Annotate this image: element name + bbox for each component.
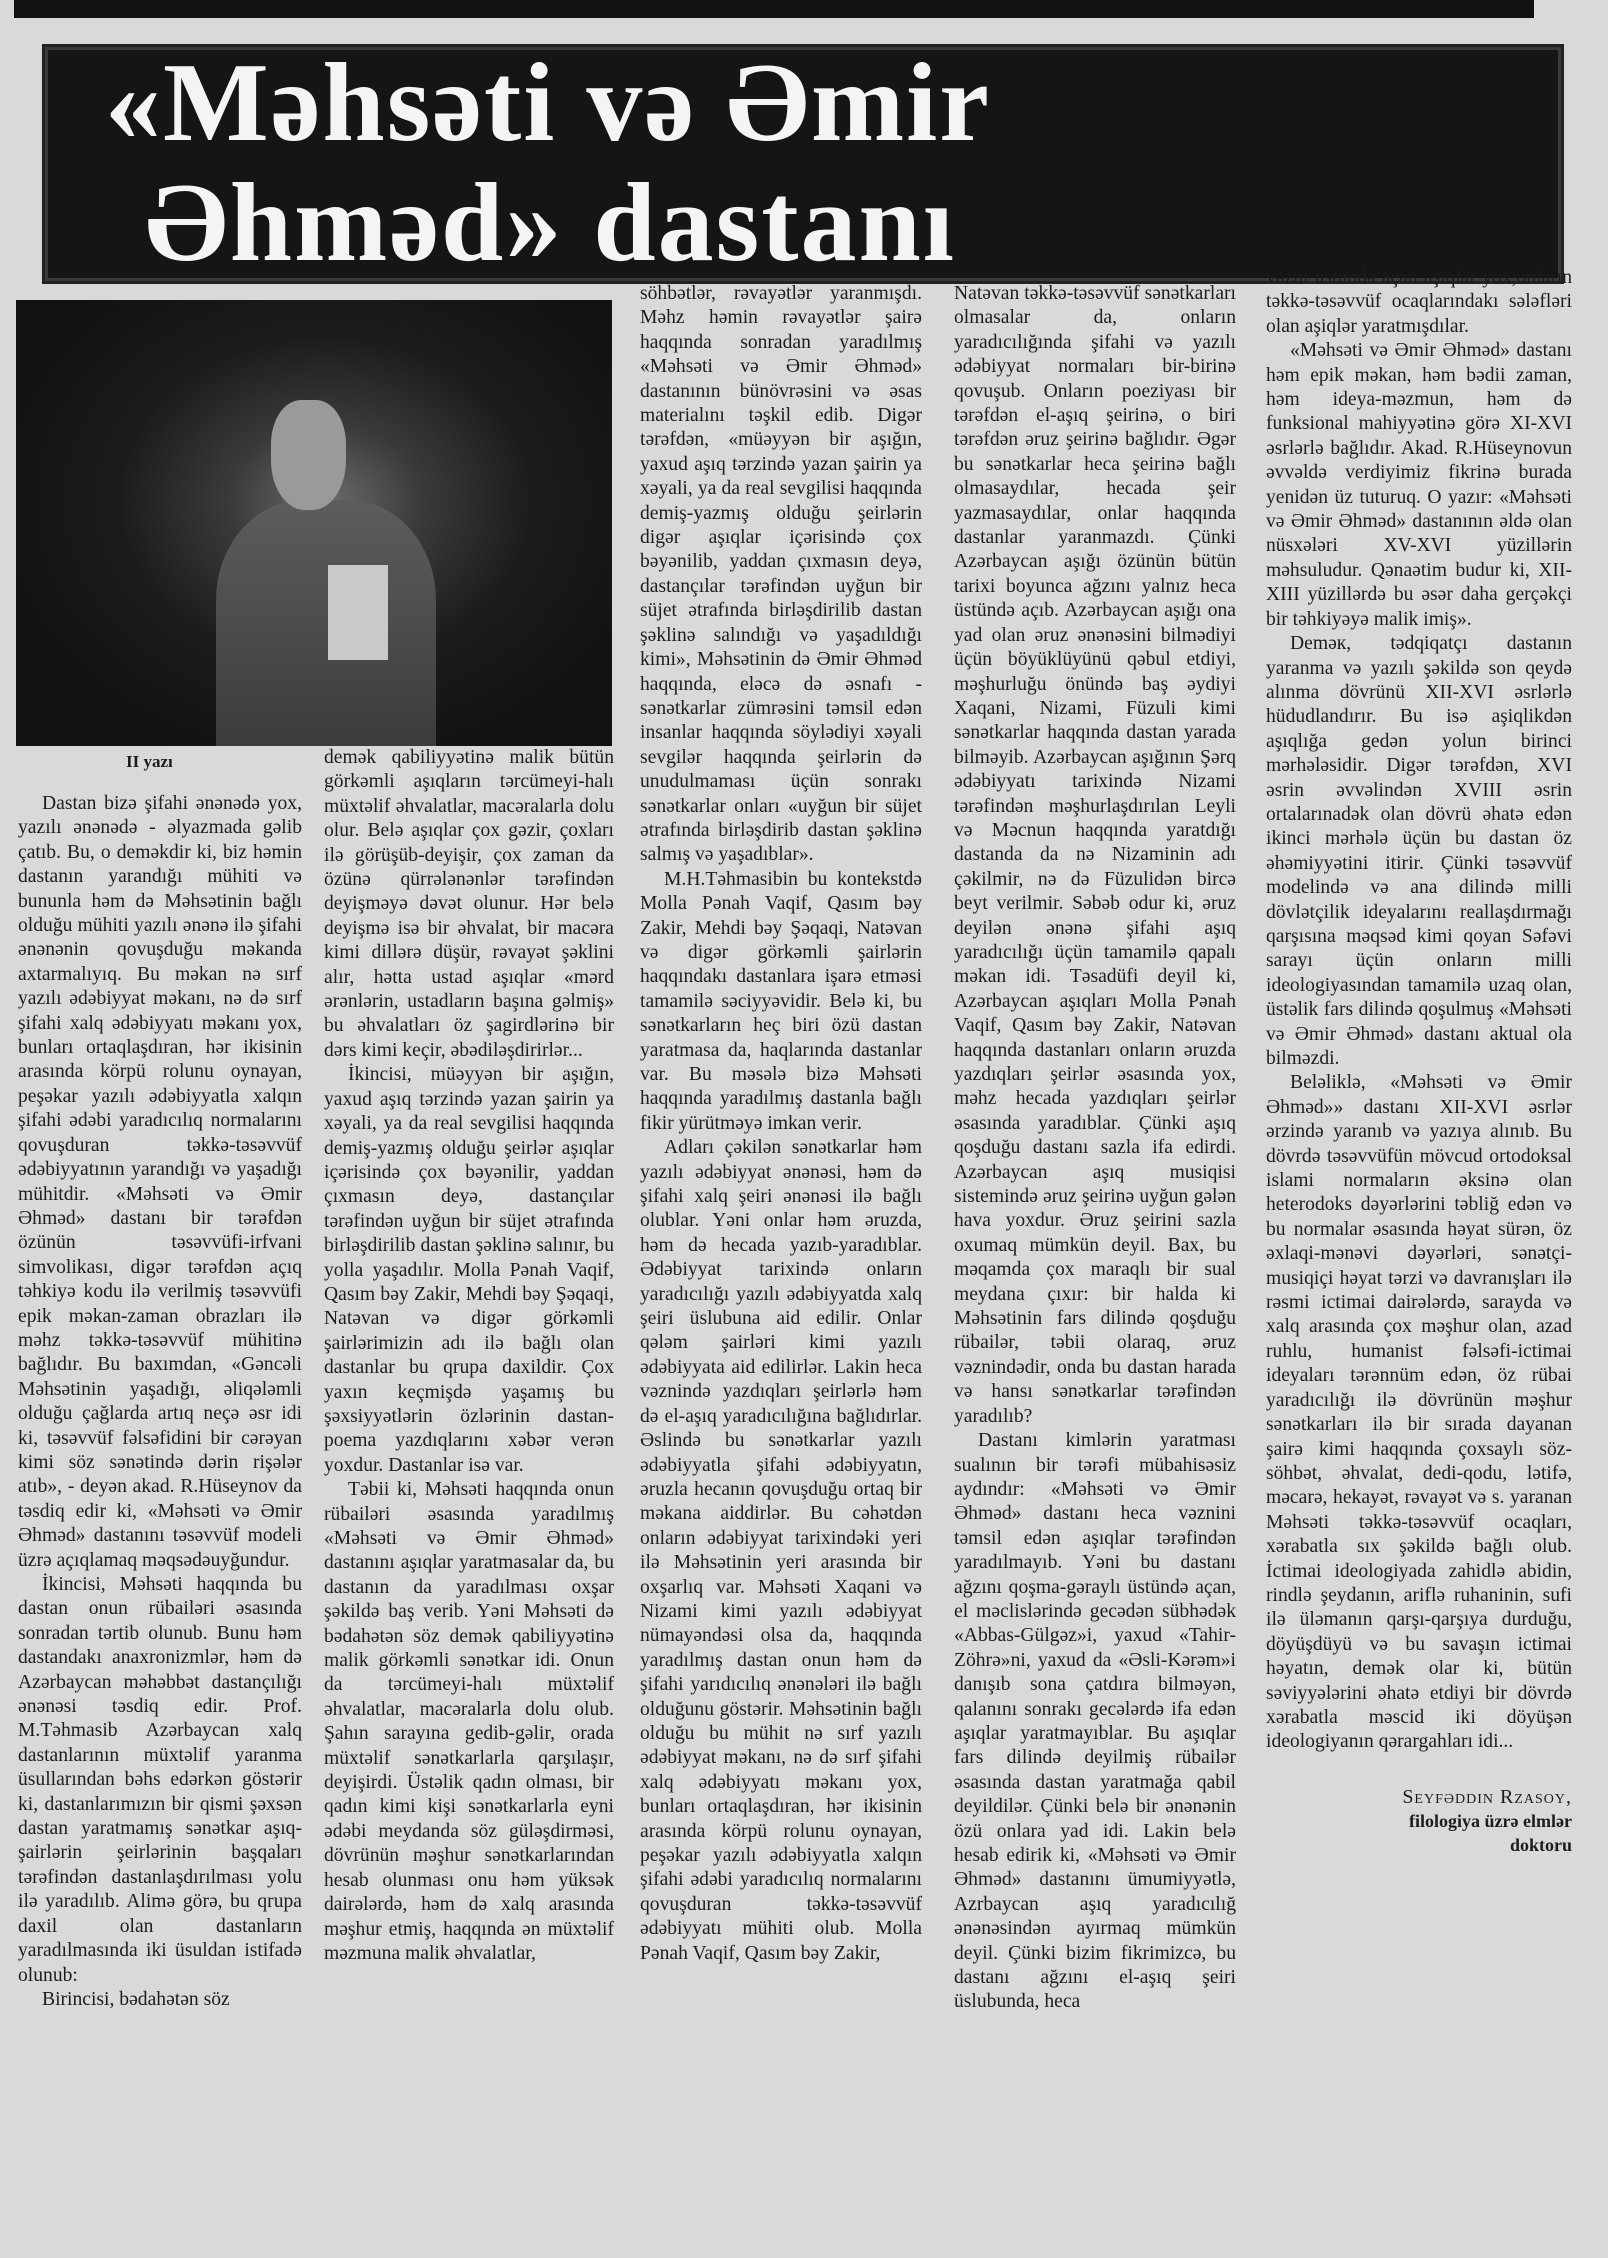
paragraph: Adları çəkilən sənətkarlar həm yazılı əd… [640, 1136, 922, 1966]
headline-banner: «Məhsəti və Əmir Əhməd» dastanı [42, 44, 1564, 284]
author-title-line-2: doktoru [1266, 1833, 1572, 1857]
article-column-5: vəzni üstündə açan aşıqlar yox,onların t… [1266, 266, 1572, 1857]
paragraph: Dastanı kimlərin yaratması sualının bir … [954, 1429, 1236, 2015]
paragraph: «Məhsəti və Əmir Əhməd» dastanı həm epik… [1266, 339, 1572, 632]
article-column-2: demək qabiliyyətinə malik bütün görkəmli… [324, 746, 614, 1966]
paragraph: söhbətlər, rəvayətlər yaranmışdı. Məhz h… [640, 282, 922, 868]
top-rule [14, 0, 1534, 18]
paragraph: M.H.Təhmasibin bu kontekstdə Molla Pənah… [640, 868, 922, 1136]
headline-line-2: Əhməd» dastanı [145, 167, 1608, 279]
paragraph: Təbii ki, Məhsəti haqqında onun rübailər… [324, 1478, 614, 1966]
author-name: Seyfəddin Rzasoy, [1266, 1785, 1572, 1809]
paragraph: İkincisi, müəyyən bir aşığın, yaxud aşıq… [324, 1063, 614, 1478]
headline-line-1: «Məhsəti və Əmir [105, 47, 1608, 159]
article-column-4: Natəvan təkkə-təsəvvüf sənətkarları olma… [954, 282, 1236, 2015]
photo-figure-head [271, 400, 346, 510]
author-title-line-1: filologiya üzrə elmlər [1266, 1809, 1572, 1833]
photo-caption: II yazı [126, 752, 173, 772]
portrait-photo [16, 300, 612, 746]
photo-paper [328, 565, 388, 660]
paragraph: demək qabiliyyətinə malik bütün görkəmli… [324, 746, 614, 1063]
paragraph: vəzni üstündə açan aşıqlar yox,onların t… [1266, 266, 1572, 339]
paragraph: Beləliklə, «Məhsəti və Əmir Əhməd»» dast… [1266, 1071, 1572, 1754]
paragraph: Natəvan təkkə-təsəvvüf sənətkarları olma… [954, 282, 1236, 1429]
photo-figure-body [216, 500, 436, 746]
article-column-1: Dastan bizə şifahi ənənədə yox, yazılı ə… [18, 792, 302, 2012]
article-column-3: söhbətlər, rəvayətlər yaranmışdı. Məhz h… [640, 282, 922, 1966]
paragraph: İkincisi, Məhsəti haqqında bu dastan onu… [18, 1573, 302, 1988]
paragraph: Dastan bizə şifahi ənənədə yox, yazılı ə… [18, 792, 302, 1573]
paragraph: Birincisi, bədahətən söz [18, 1988, 302, 2012]
author-signature: Seyfəddin Rzasoy, filologiya üzrə elmlər… [1266, 1785, 1572, 1857]
paragraph: Deməк, tədqiqatçı dastanın yaranma və ya… [1266, 632, 1572, 1071]
